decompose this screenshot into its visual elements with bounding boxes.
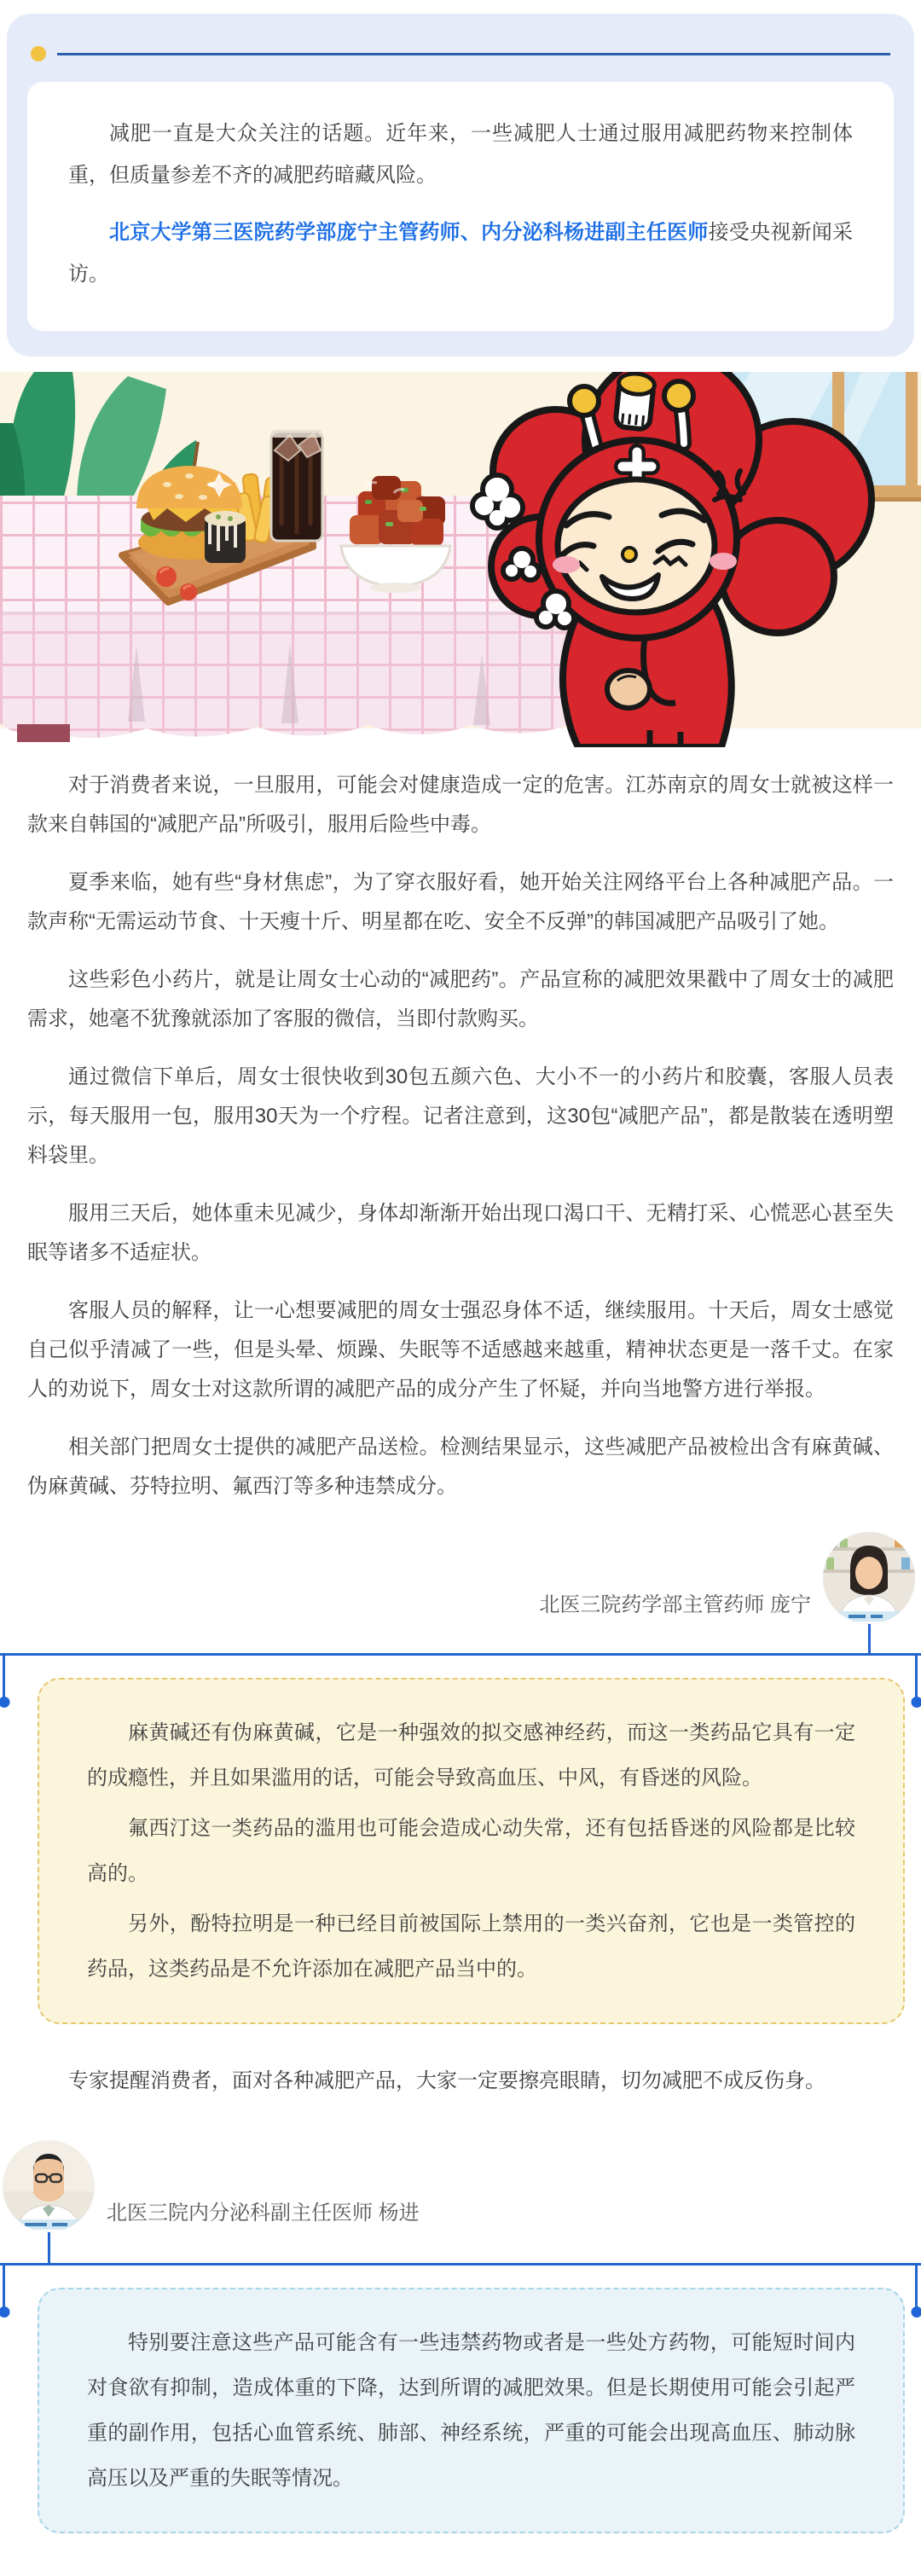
- connector-dot-left: [3, 2263, 5, 2312]
- article-paragraph: 夏季来临，她有些“身材焦虑”，为了穿衣服好看，她开始关注网络平台上各种减肥产品。…: [27, 863, 894, 942]
- bullet-dot-icon: [31, 46, 46, 61]
- connector-line: [0, 2263, 921, 2266]
- quote-box-doctor: 特别要注意这些产品可能含有一些违禁药物或者是一些处方药物，可能短时间内对食欲有抑…: [38, 2288, 905, 2533]
- quote-paragraph: 另外，酚特拉明是一种已经目前被国际上禁用的一类兴奋剂，它也是一类管控的药品，这类…: [87, 1901, 855, 1992]
- quote-paragraph: 麻黄碱还有伪麻黄碱，它是一种强效的拟交感神经药，而这一类药品它具有一定的成瘾性，…: [87, 1710, 855, 1801]
- doctor-photo: [3, 2140, 95, 2232]
- quote-paragraph: 特别要注意这些产品可能含有一些违禁药物或者是一些处方药物，可能短时间内对食欲有抑…: [87, 2320, 855, 2501]
- reminder-paragraph: 专家提醒消费者，面对各种减肥产品，大家一定要擦亮眼睛，切勿减肥不成反伤身。: [27, 2062, 894, 2101]
- intro-header: [31, 46, 890, 61]
- expert-name-label: 北医三院内分泌科副主任医师 杨进: [107, 2196, 420, 2232]
- header-rule: [57, 53, 890, 55]
- expert-section-pharmacist: 北医三院药学部主管药师 庞宁: [0, 1532, 921, 2024]
- quote-box-pharmacist: 麻黄碱还有伪麻黄碱，它是一种强效的拟交感神经药，而这一类药品它具有一定的成瘾性，…: [38, 1678, 905, 2024]
- expert-section-doctor: 北医三院内分泌科副主任医师 杨进 特别要注意这些产品可能含有一些违禁药物或者是一…: [0, 2140, 921, 2533]
- floor: [0, 728, 921, 747]
- intro-card: 减肥一直是大众关注的话题。近年来，一些减肥人士通过服用减肥药物来控制体重，但质量…: [7, 14, 914, 357]
- article-paragraph: 这些彩色小药片，就是让周女士心动的“减肥药”。产品宣称的减肥效果戳中了周女士的减…: [27, 960, 894, 1039]
- intro-body: 减肥一直是大众关注的话题。近年来，一些减肥人士通过服用减肥药物来控制体重，但质量…: [27, 82, 894, 331]
- article-paragraph: 客服人员的解释，让一心想要减肥的周女士强忍身体不适，继续服用。十天后，周女士感觉…: [27, 1291, 894, 1409]
- article-paragraph: 通过微信下单后，周女士很快收到30包五颜六色、大小不一的小药片和胶囊，客服人员表…: [27, 1058, 894, 1175]
- intro-paragraph: 减肥一直是大众关注的话题。近年来，一些减肥人士通过服用减肥药物来控制体重，但质量…: [68, 113, 853, 196]
- food-illustration: [0, 372, 921, 747]
- expert-row: 北医三院内分泌科副主任医师 杨进: [0, 2140, 921, 2232]
- article-paragraph: 服用三天后，她体重未见减少，身体却渐渐开始出现口渴口干、无精打采、心慌恶心甚至失…: [27, 1194, 894, 1273]
- pharmacist-avatar: [823, 1532, 915, 1624]
- cola-glass: [271, 430, 322, 541]
- intro-paragraph-highlighted: 北京大学第三医院药学部庞宁主管药师、内分泌科杨进副主任医师接受央视新闻采访。: [68, 212, 853, 295]
- connector-line: [0, 1653, 921, 1656]
- pharmacist-photo: [823, 1532, 915, 1624]
- doctor-avatar: [3, 2140, 95, 2232]
- article-page: 减肥一直是大众关注的话题。近年来，一些减肥人士通过服用减肥药物来控制体重，但质量…: [0, 0, 921, 2576]
- connector-dot-right: [915, 2263, 918, 2312]
- chair-seat: [17, 724, 70, 742]
- dip-cup: [205, 511, 246, 563]
- connector-stem: [868, 1624, 871, 1653]
- article-paragraph: 对于消费者来说，一旦服用，可能会对健康造成一定的危害。江苏南京的周女士就被这样一…: [27, 766, 894, 844]
- expert-row: 北医三院药学部主管药师 庞宁: [0, 1532, 921, 1624]
- article-body: 对于消费者来说，一旦服用，可能会对健康造成一定的危害。江苏南京的周女士就被这样一…: [0, 766, 921, 1506]
- connector-dot-left: [3, 1653, 5, 1702]
- quote-paragraph: 氟西汀这一类药品的滥用也可能会造成心动失常，还有包括昏迷的风险都是比较高的。: [87, 1806, 855, 1896]
- article-paragraph: 相关部门把周女士提供的减肥产品送检。检测结果显示，这些减肥产品被检出含有麻黄碱、…: [27, 1428, 894, 1506]
- expert-name-label: 北医三院药学部主管药师 庞宁: [539, 1587, 811, 1624]
- doctor-names-highlight: 北京大学第三医院药学部庞宁主管药师、内分泌科杨进副主任医师: [109, 221, 709, 244]
- connector-dot-right: [915, 1653, 918, 1702]
- connector-stem: [48, 2232, 50, 2263]
